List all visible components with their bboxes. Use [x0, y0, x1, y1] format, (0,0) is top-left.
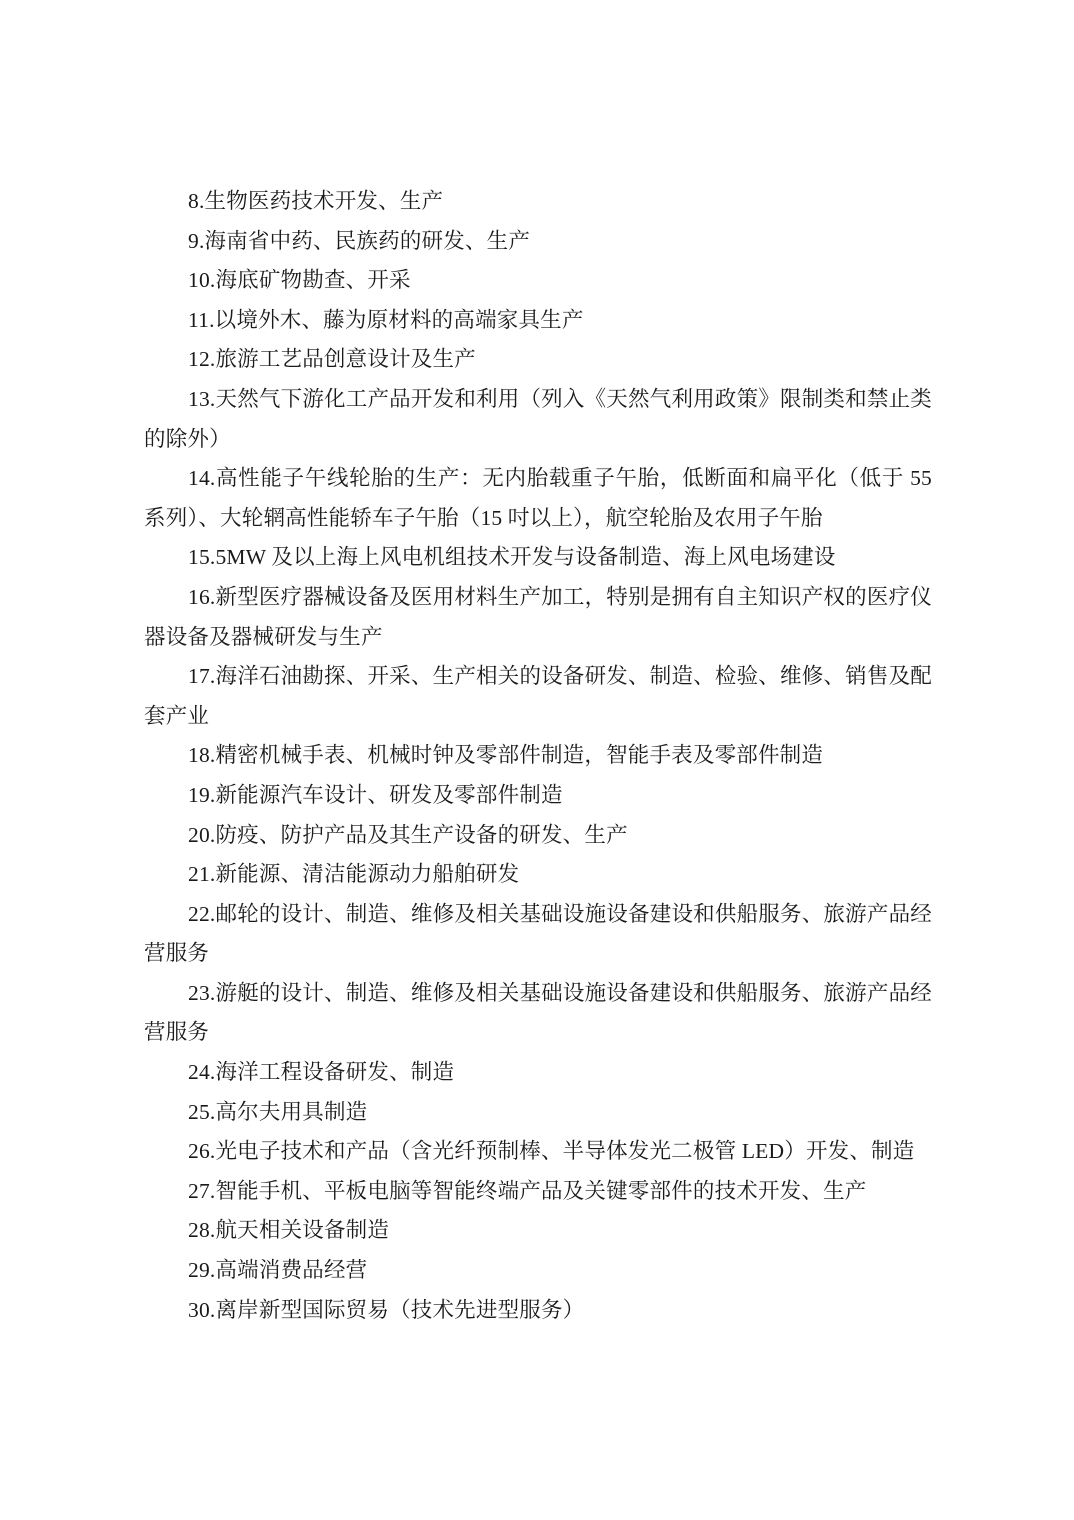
list-item-line: 15.5MW 及以上海上风电机组技术开发与设备制造、海上风电场建设: [144, 538, 932, 578]
list-item-line: 19.新能源汽车设计、研发及零部件制造: [144, 776, 932, 816]
list-item-line: 29.高端消费品经营: [144, 1251, 932, 1291]
list-item-line: 22.邮轮的设计、制造、维修及相关基础设施设备建设和供船服务、旅游产品经: [144, 895, 932, 935]
list-item-line: 12.旅游工艺品创意设计及生产: [144, 340, 932, 380]
list-item-line: 30.离岸新型国际贸易（技术先进型服务）: [144, 1291, 932, 1331]
list-item-line: 28.航天相关设备制造: [144, 1211, 932, 1251]
list-item-line: 25.高尔夫用具制造: [144, 1093, 932, 1133]
list-item-line: 9.海南省中药、民族药的研发、生产: [144, 222, 932, 262]
document-body: 8.生物医药技术开发、生产9.海南省中药、民族药的研发、生产10.海底矿物勘查、…: [144, 182, 932, 1330]
list-item-line: 10.海底矿物勘查、开采: [144, 261, 932, 301]
list-item-line: 器设备及器械研发与生产: [144, 618, 932, 658]
list-item-line: 27.智能手机、平板电脑等智能终端产品及关键零部件的技术开发、生产: [144, 1172, 932, 1212]
list-item-line: 11.以境外木、藤为原材料的高端家具生产: [144, 301, 932, 341]
list-item-line: 营服务: [144, 934, 932, 974]
list-item-line: 13.天然气下游化工产品开发和利用（列入《天然气利用政策》限制类和禁止类: [144, 380, 932, 420]
list-item-line: 16.新型医疗器械设备及医用材料生产加工，特别是拥有自主知识产权的医疗仪: [144, 578, 932, 618]
list-item-line: 26.光电子技术和产品（含光纤预制棒、半导体发光二极管 LED）开发、制造: [144, 1132, 932, 1172]
list-item-line: 8.生物医药技术开发、生产: [144, 182, 932, 222]
list-item-line: 18.精密机械手表、机械时钟及零部件制造，智能手表及零部件制造: [144, 736, 932, 776]
list-item-line: 20.防疫、防护产品及其生产设备的研发、生产: [144, 816, 932, 856]
list-item-line: 的除外）: [144, 420, 932, 460]
list-item-line: 17.海洋石油勘探、开采、生产相关的设备研发、制造、检验、维修、销售及配: [144, 657, 932, 697]
document-page: 8.生物医药技术开发、生产9.海南省中药、民族药的研发、生产10.海底矿物勘查、…: [0, 0, 1074, 1520]
list-item-line: 24.海洋工程设备研发、制造: [144, 1053, 932, 1093]
list-item-line: 系列）、大轮辋高性能轿车子午胎（15 吋以上），航空轮胎及农用子午胎: [144, 499, 932, 539]
list-item-line: 23.游艇的设计、制造、维修及相关基础设施设备建设和供船服务、旅游产品经: [144, 974, 932, 1014]
list-item-line: 21.新能源、清洁能源动力船舶研发: [144, 855, 932, 895]
list-item-line: 套产业: [144, 697, 932, 737]
list-item-line: 14.高性能子午线轮胎的生产：无内胎载重子午胎，低断面和扁平化（低于 55: [144, 459, 932, 499]
list-item-line: 营服务: [144, 1013, 932, 1053]
